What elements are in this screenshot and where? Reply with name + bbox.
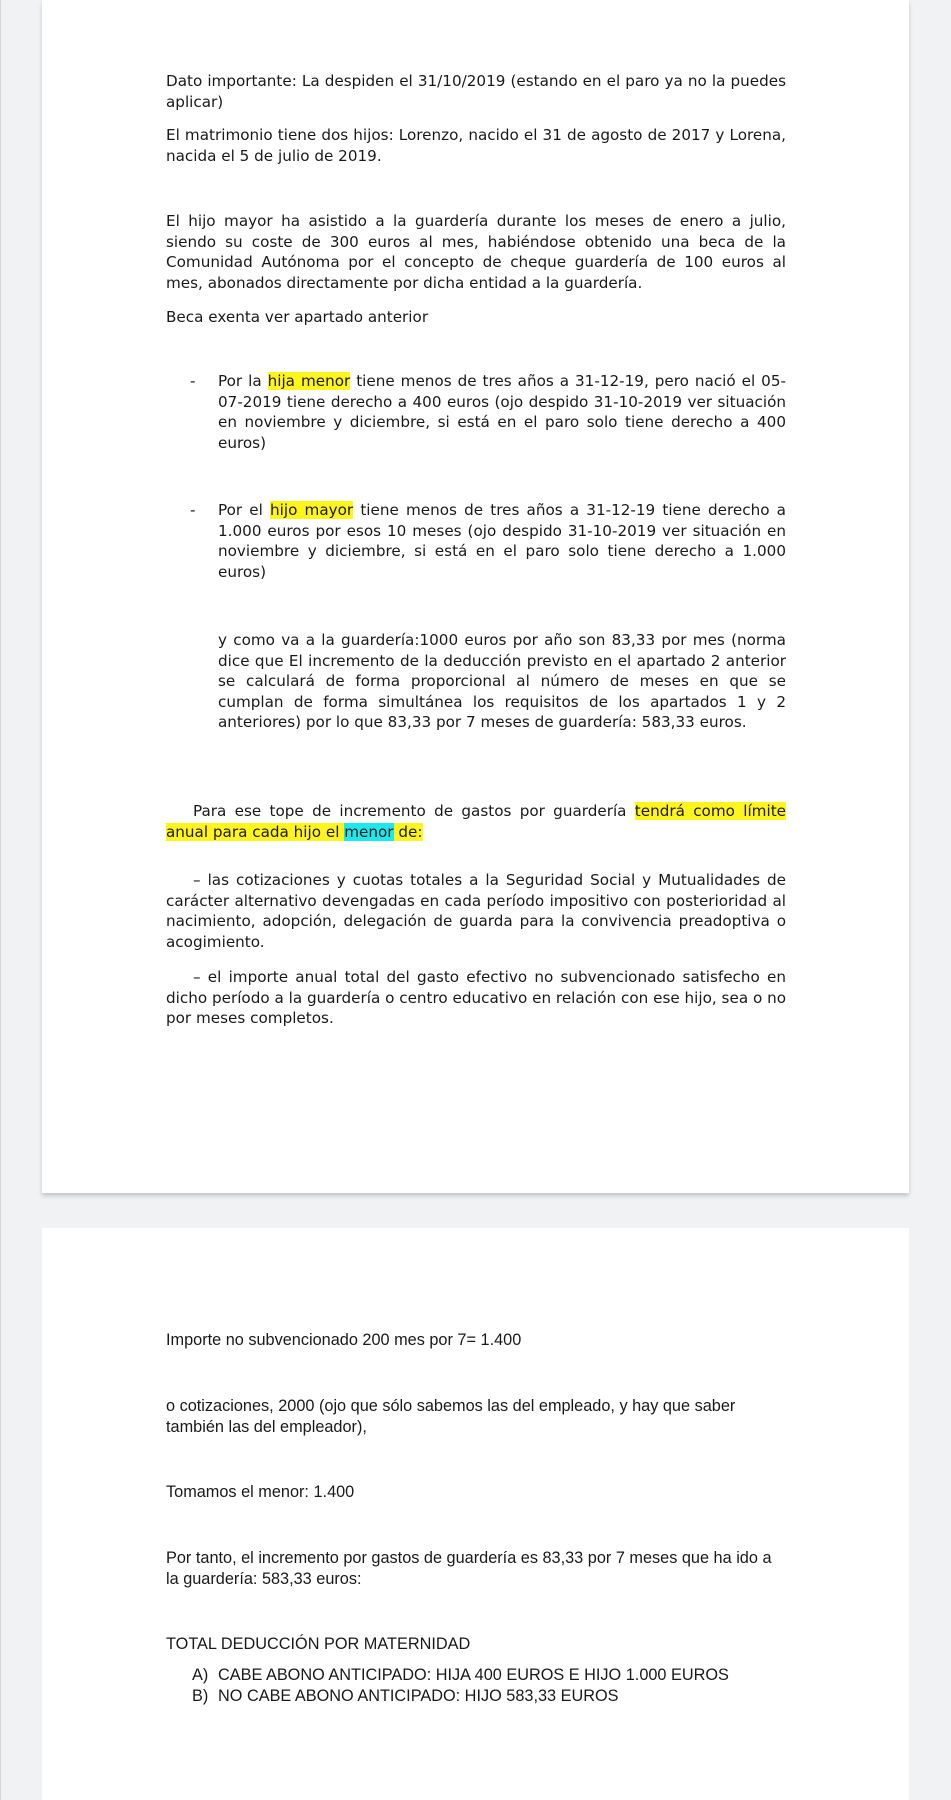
paragraph-tomamos-menor: Tomamos el menor: 1.400 <box>166 1482 786 1503</box>
list-item: A)CABE ABONO ANTICIPADO: HIJA 400 EUROS … <box>192 1665 729 1686</box>
highlight-hija-menor: hija menor <box>268 372 351 390</box>
paragraph-importe-anual: – el importe anual total del gasto efect… <box>166 967 786 1029</box>
bullet-hijo-mayor: Por el hijo mayor tiene menos de tres añ… <box>218 500 786 582</box>
paragraph-tope-incremento: Para ese tope de incremento de gastos po… <box>166 801 786 842</box>
bullet-marker: - <box>190 371 195 392</box>
viewer-edge <box>0 0 1 1800</box>
bullet-hija-menor: Por la hija menor tiene menos de tres añ… <box>218 371 786 453</box>
list-item-text: NO CABE ABONO ANTICIPADO: HIJO 583,33 EU… <box>218 1687 619 1705</box>
list-item-label: A) <box>192 1665 218 1686</box>
bullet-marker: - <box>190 500 195 521</box>
paragraph-por-tanto: Por tanto, el incremento por gastos de g… <box>166 1548 786 1589</box>
total-deduccion-list: A)CABE ABONO ANTICIPADO: HIJA 400 EUROS … <box>192 1665 729 1706</box>
paragraph-cotizaciones-cuotas: – las cotizaciones y cuotas totales a la… <box>166 870 786 952</box>
paragraph-o-cotizaciones: o cotizaciones, 2000 (ojo que sólo sabem… <box>166 1396 786 1437</box>
document-page-2 <box>42 1228 909 1800</box>
paragraph-como-va-guarderia: y como va a la guardería:1000 euros por … <box>218 630 786 733</box>
highlight-menor: menor <box>344 823 393 841</box>
paragraph-hijo-mayor-guarderia: El hijo mayor ha asistido a la guardería… <box>166 211 786 293</box>
highlight-de: de: <box>394 823 423 841</box>
bullet-hijo-prefix: Por el <box>218 501 270 519</box>
list-item-text: CABE ABONO ANTICIPADO: HIJA 400 EUROS E … <box>218 1666 729 1684</box>
tope-prefix: Para ese tope de incremento de gastos po… <box>193 802 635 820</box>
bullet-hija-prefix: Por la <box>218 372 268 390</box>
highlight-hijo-mayor: hijo mayor <box>270 501 353 519</box>
paragraph-matrimonio: El matrimonio tiene dos hijos: Lorenzo, … <box>166 125 786 166</box>
list-item: B)NO CABE ABONO ANTICIPADO: HIJO 583,33 … <box>192 1686 729 1707</box>
heading-total-deduccion: TOTAL DEDUCCIÓN POR MATERNIDAD <box>166 1634 786 1655</box>
paragraph-dato-importante: Dato importante: La despiden el 31/10/20… <box>166 71 786 112</box>
paragraph-beca-exenta: Beca exenta ver apartado anterior <box>166 307 786 328</box>
paragraph-importe-no-subvencionado: Importe no subvencionado 200 mes por 7= … <box>166 1330 786 1351</box>
list-item-label: B) <box>192 1686 218 1707</box>
